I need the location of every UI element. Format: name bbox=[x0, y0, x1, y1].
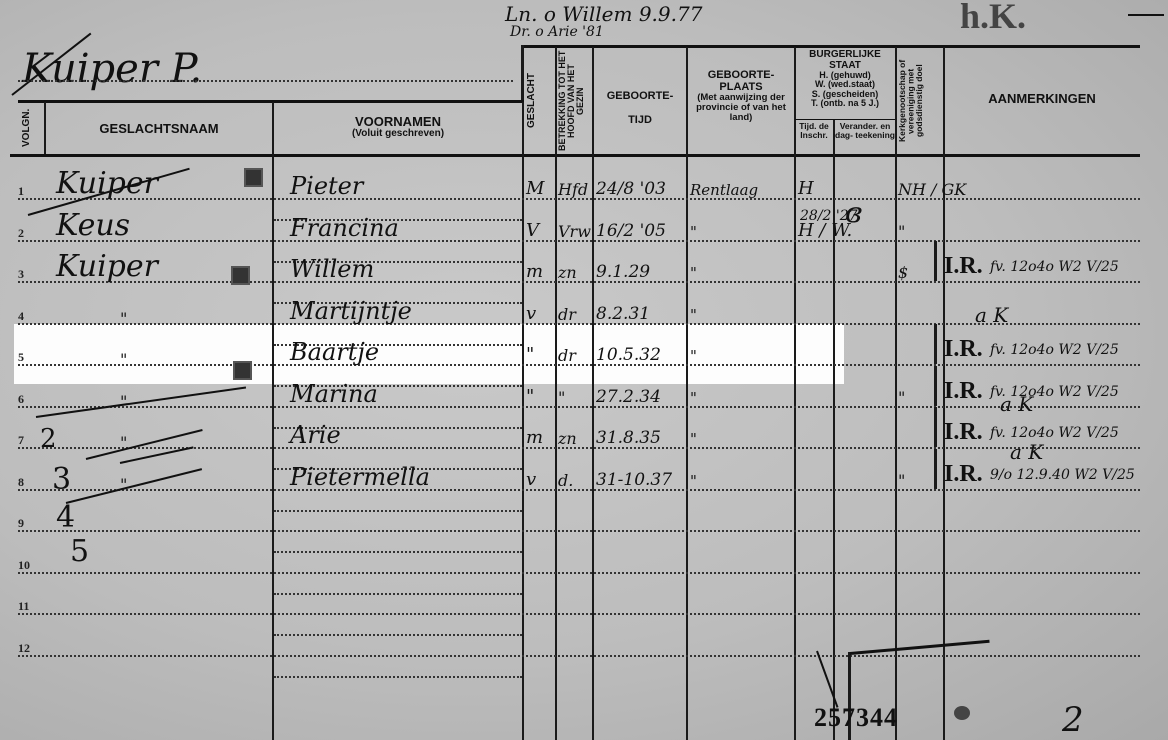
head-name-line bbox=[18, 80, 513, 82]
remark-bracket bbox=[934, 407, 937, 447]
cell-voornaam: Baartje bbox=[290, 338, 379, 366]
remark-ir: I.R. bbox=[944, 461, 983, 488]
row-number: 2 bbox=[18, 226, 24, 241]
row-rule bbox=[18, 406, 1140, 408]
row-number: 7 bbox=[18, 433, 24, 448]
cell-kerk: NH / GK bbox=[898, 180, 966, 199]
cell-achternaam: " bbox=[120, 475, 127, 494]
signature-stroke bbox=[816, 651, 838, 708]
row-number: 10 bbox=[18, 558, 30, 573]
col-aanmerkingen: AANMERKINGEN bbox=[944, 92, 1140, 106]
row-number: 8 bbox=[18, 475, 24, 490]
cell-geboorteplaats: " bbox=[690, 347, 697, 365]
margin-mark: 2 bbox=[40, 424, 57, 454]
cell-achternaam: " bbox=[120, 350, 127, 369]
cell-voornaam: Martijntje bbox=[290, 297, 412, 325]
col-volgnr: VOLGN. bbox=[22, 104, 32, 152]
row-number: 12 bbox=[18, 641, 30, 656]
col-betrekking: BETREKKING TOT HET HOOFD VAN HET GEZIN bbox=[558, 50, 590, 152]
ak-mark: a K bbox=[975, 303, 1008, 327]
cell-voornaam: Francina bbox=[290, 214, 399, 242]
cell-geboortedatum: 31.8.35 bbox=[596, 428, 661, 448]
cell-geboortedatum: 27.2.34 bbox=[596, 387, 661, 407]
cell-achternaam: " bbox=[120, 392, 127, 411]
cell-voornaam: Pietermella bbox=[290, 463, 430, 491]
cell-achternaam: " bbox=[120, 309, 127, 328]
cell-betrekking: zn bbox=[558, 263, 577, 282]
col-line bbox=[686, 47, 688, 740]
cell-betrekking: " bbox=[558, 388, 565, 407]
strike-line bbox=[86, 429, 203, 460]
col-voornamen: VOORNAMEN (Voluit geschreven) bbox=[274, 115, 522, 139]
col-kerkgenootschap: Kerkgenootschap of vereeniging met godsd… bbox=[898, 50, 942, 152]
remark-text: fv. 12o4o W2 V/25 bbox=[990, 342, 1119, 358]
col-voornamen-title: VOORNAMEN bbox=[274, 115, 522, 129]
col-geslacht: GESLACHT bbox=[527, 50, 553, 152]
row-subrule bbox=[274, 593, 522, 595]
cell-voornaam: Pieter bbox=[290, 172, 363, 200]
row-rule bbox=[18, 613, 1140, 615]
cell-kerk: " bbox=[898, 222, 905, 241]
row-number: 9 bbox=[18, 516, 24, 531]
row-subrule bbox=[274, 634, 522, 636]
top-note-2: Dr. o Arie '81 bbox=[510, 24, 604, 40]
ak-mark: a K bbox=[1010, 440, 1043, 464]
col-line bbox=[794, 47, 796, 740]
remark-text: 9/o 12.9.40 W2 V/25 bbox=[990, 467, 1135, 483]
row-3-highlight bbox=[14, 324, 844, 384]
cell-geboorteplaats: " bbox=[690, 223, 697, 241]
top-dash bbox=[1128, 14, 1164, 16]
header-bottom-rule bbox=[10, 154, 1140, 157]
ak-mark: a K bbox=[1000, 392, 1033, 416]
col-verander: Verander. en dag- teekening bbox=[835, 122, 895, 140]
row-number: 6 bbox=[18, 392, 24, 407]
remark-bracket bbox=[934, 449, 937, 489]
cell-achternaam: Kuiper bbox=[56, 166, 158, 201]
code-t: T. (ontb. na 5 J.) bbox=[796, 99, 894, 108]
cell-geboorteplaats: " bbox=[690, 430, 697, 448]
row-rule bbox=[18, 530, 1140, 532]
col-geslachtsnaam: GESLACHTSNAAM bbox=[46, 122, 272, 136]
col-burgerlijke-staat: BURGERLIJKE STAAT H. (gehuwd) W. (wed.st… bbox=[796, 50, 894, 109]
row-number: 11 bbox=[18, 599, 29, 614]
row-rule bbox=[18, 323, 1140, 325]
cell-kerk: " bbox=[898, 388, 905, 407]
remark-text: fv. 12o4o W2 V/25 bbox=[990, 425, 1119, 441]
cell-geboorteplaats: " bbox=[690, 264, 697, 282]
margin-mark: 3 bbox=[52, 462, 71, 497]
cell-betrekking: dr bbox=[558, 305, 576, 324]
seal-icon bbox=[244, 168, 263, 187]
seal-icon bbox=[233, 361, 252, 380]
col-geboortetijd: GEBOORTE- TIJD bbox=[598, 84, 682, 132]
remark-bracket bbox=[934, 366, 937, 406]
cell-geslacht: " bbox=[526, 344, 534, 365]
remark-ir: I.R. bbox=[944, 336, 983, 363]
top-note-1: Ln. o Willem 9.9.77 bbox=[505, 2, 702, 26]
top-rule-left bbox=[18, 100, 524, 103]
cell-geboortedatum: 16/2 '05 bbox=[596, 221, 666, 241]
ink-blot bbox=[954, 706, 970, 720]
row-number: 1 bbox=[18, 184, 24, 199]
col-burgerlijke-staat-title: BURGERLIJKE STAAT bbox=[796, 50, 894, 71]
cell-geslacht: m bbox=[526, 261, 543, 282]
cell-voornaam: Marina bbox=[290, 380, 378, 408]
cell-geboorteplaats: " bbox=[690, 306, 697, 324]
cell-voornaam: Arie bbox=[290, 421, 341, 449]
cell-geslacht: v bbox=[526, 469, 536, 490]
cell-geboortedatum: 24/8 '03 bbox=[596, 179, 666, 199]
remark-bracket bbox=[934, 324, 937, 364]
cell-betrekking: Hfd bbox=[558, 180, 588, 199]
top-rule-right bbox=[523, 45, 1140, 48]
step-vertical bbox=[521, 45, 524, 102]
cell-geboortedatum: 10.5.32 bbox=[596, 345, 661, 365]
personal-card: Kuiper P. Ln. o Willem 9.9.77 Dr. o Arie… bbox=[0, 0, 1168, 740]
strike-line bbox=[120, 446, 194, 464]
col-geboorteplaats-sub: (Met aanwijzing der provincie of van het… bbox=[688, 93, 794, 123]
cell-kerk: " bbox=[898, 471, 905, 490]
row-number: 4 bbox=[18, 309, 24, 324]
margin-mark: 4 bbox=[56, 500, 75, 535]
cell-geslacht: V bbox=[526, 220, 539, 241]
cell-betrekking: zn bbox=[558, 429, 577, 448]
cell-achternaam: Kuiper bbox=[56, 249, 158, 284]
serial-number: 257344 bbox=[814, 704, 898, 731]
strike-line bbox=[36, 387, 246, 418]
cell-geslacht: " bbox=[526, 386, 534, 407]
cell-burgerlijke-staat: H bbox=[798, 178, 814, 199]
cell-geboorteplaats: " bbox=[690, 389, 697, 407]
row-number: 3 bbox=[18, 267, 24, 282]
col-voornamen-sub: (Voluit geschreven) bbox=[274, 129, 522, 140]
row-subrule bbox=[274, 676, 522, 678]
remark-text: fv. 12o4o W2 V/25 bbox=[990, 259, 1119, 275]
col-geboorteplaats: GEBOORTE- PLAATS (Met aanwijzing der pro… bbox=[688, 70, 794, 123]
row-rule bbox=[18, 364, 1140, 366]
row-number: 5 bbox=[18, 350, 24, 365]
head-name: Kuiper P. bbox=[22, 46, 202, 92]
remark-ir: I.R. bbox=[944, 419, 983, 446]
strike-line bbox=[66, 468, 202, 504]
remark-ir: I.R. bbox=[944, 253, 983, 280]
remark-bracket bbox=[934, 241, 937, 281]
row-rule bbox=[18, 489, 1140, 491]
cell-geboorteplaats: " bbox=[690, 472, 697, 490]
remark-ir: I.R. bbox=[944, 378, 983, 405]
cell-geslacht: v bbox=[526, 303, 536, 324]
signature-stroke bbox=[850, 640, 990, 655]
col-tijd-inschr: Tijd. de Inschr. bbox=[796, 122, 832, 140]
cell-betrekking: dr bbox=[558, 346, 576, 365]
row-rule bbox=[18, 572, 1140, 574]
seal-icon bbox=[231, 266, 250, 285]
cell-kerk: $ bbox=[898, 263, 908, 282]
cell-geslacht: M bbox=[526, 178, 544, 199]
row-subrule bbox=[274, 510, 522, 512]
cell-geboortedatum: 31-10.37 bbox=[596, 470, 672, 490]
cell-geboortedatum: 8.2.31 bbox=[596, 304, 650, 324]
stamp-code: h.K. bbox=[960, 0, 1026, 36]
row-rule bbox=[18, 281, 1140, 283]
cell-geboorteplaats: Rentlaag bbox=[690, 181, 758, 199]
margin-mark: 5 bbox=[70, 534, 89, 569]
col-line bbox=[592, 47, 594, 740]
hk-flourish: ɞ bbox=[845, 196, 862, 229]
burg-sub-rule bbox=[795, 119, 895, 120]
col-geboorteplaats-title: GEBOORTE- PLAATS bbox=[688, 70, 794, 93]
cell-achternaam: Keus bbox=[56, 208, 130, 243]
cell-betrekking: Vrw bbox=[558, 222, 591, 241]
page-mark: 2 bbox=[1062, 700, 1084, 740]
cell-voornaam: Willem bbox=[290, 255, 374, 283]
row-subrule bbox=[274, 551, 522, 553]
col-line bbox=[895, 47, 897, 740]
row-rule bbox=[18, 655, 1140, 657]
cell-betrekking: d. bbox=[558, 471, 573, 490]
cell-geboortedatum: 9.1.29 bbox=[596, 262, 650, 282]
cell-geslacht: m bbox=[526, 427, 543, 448]
